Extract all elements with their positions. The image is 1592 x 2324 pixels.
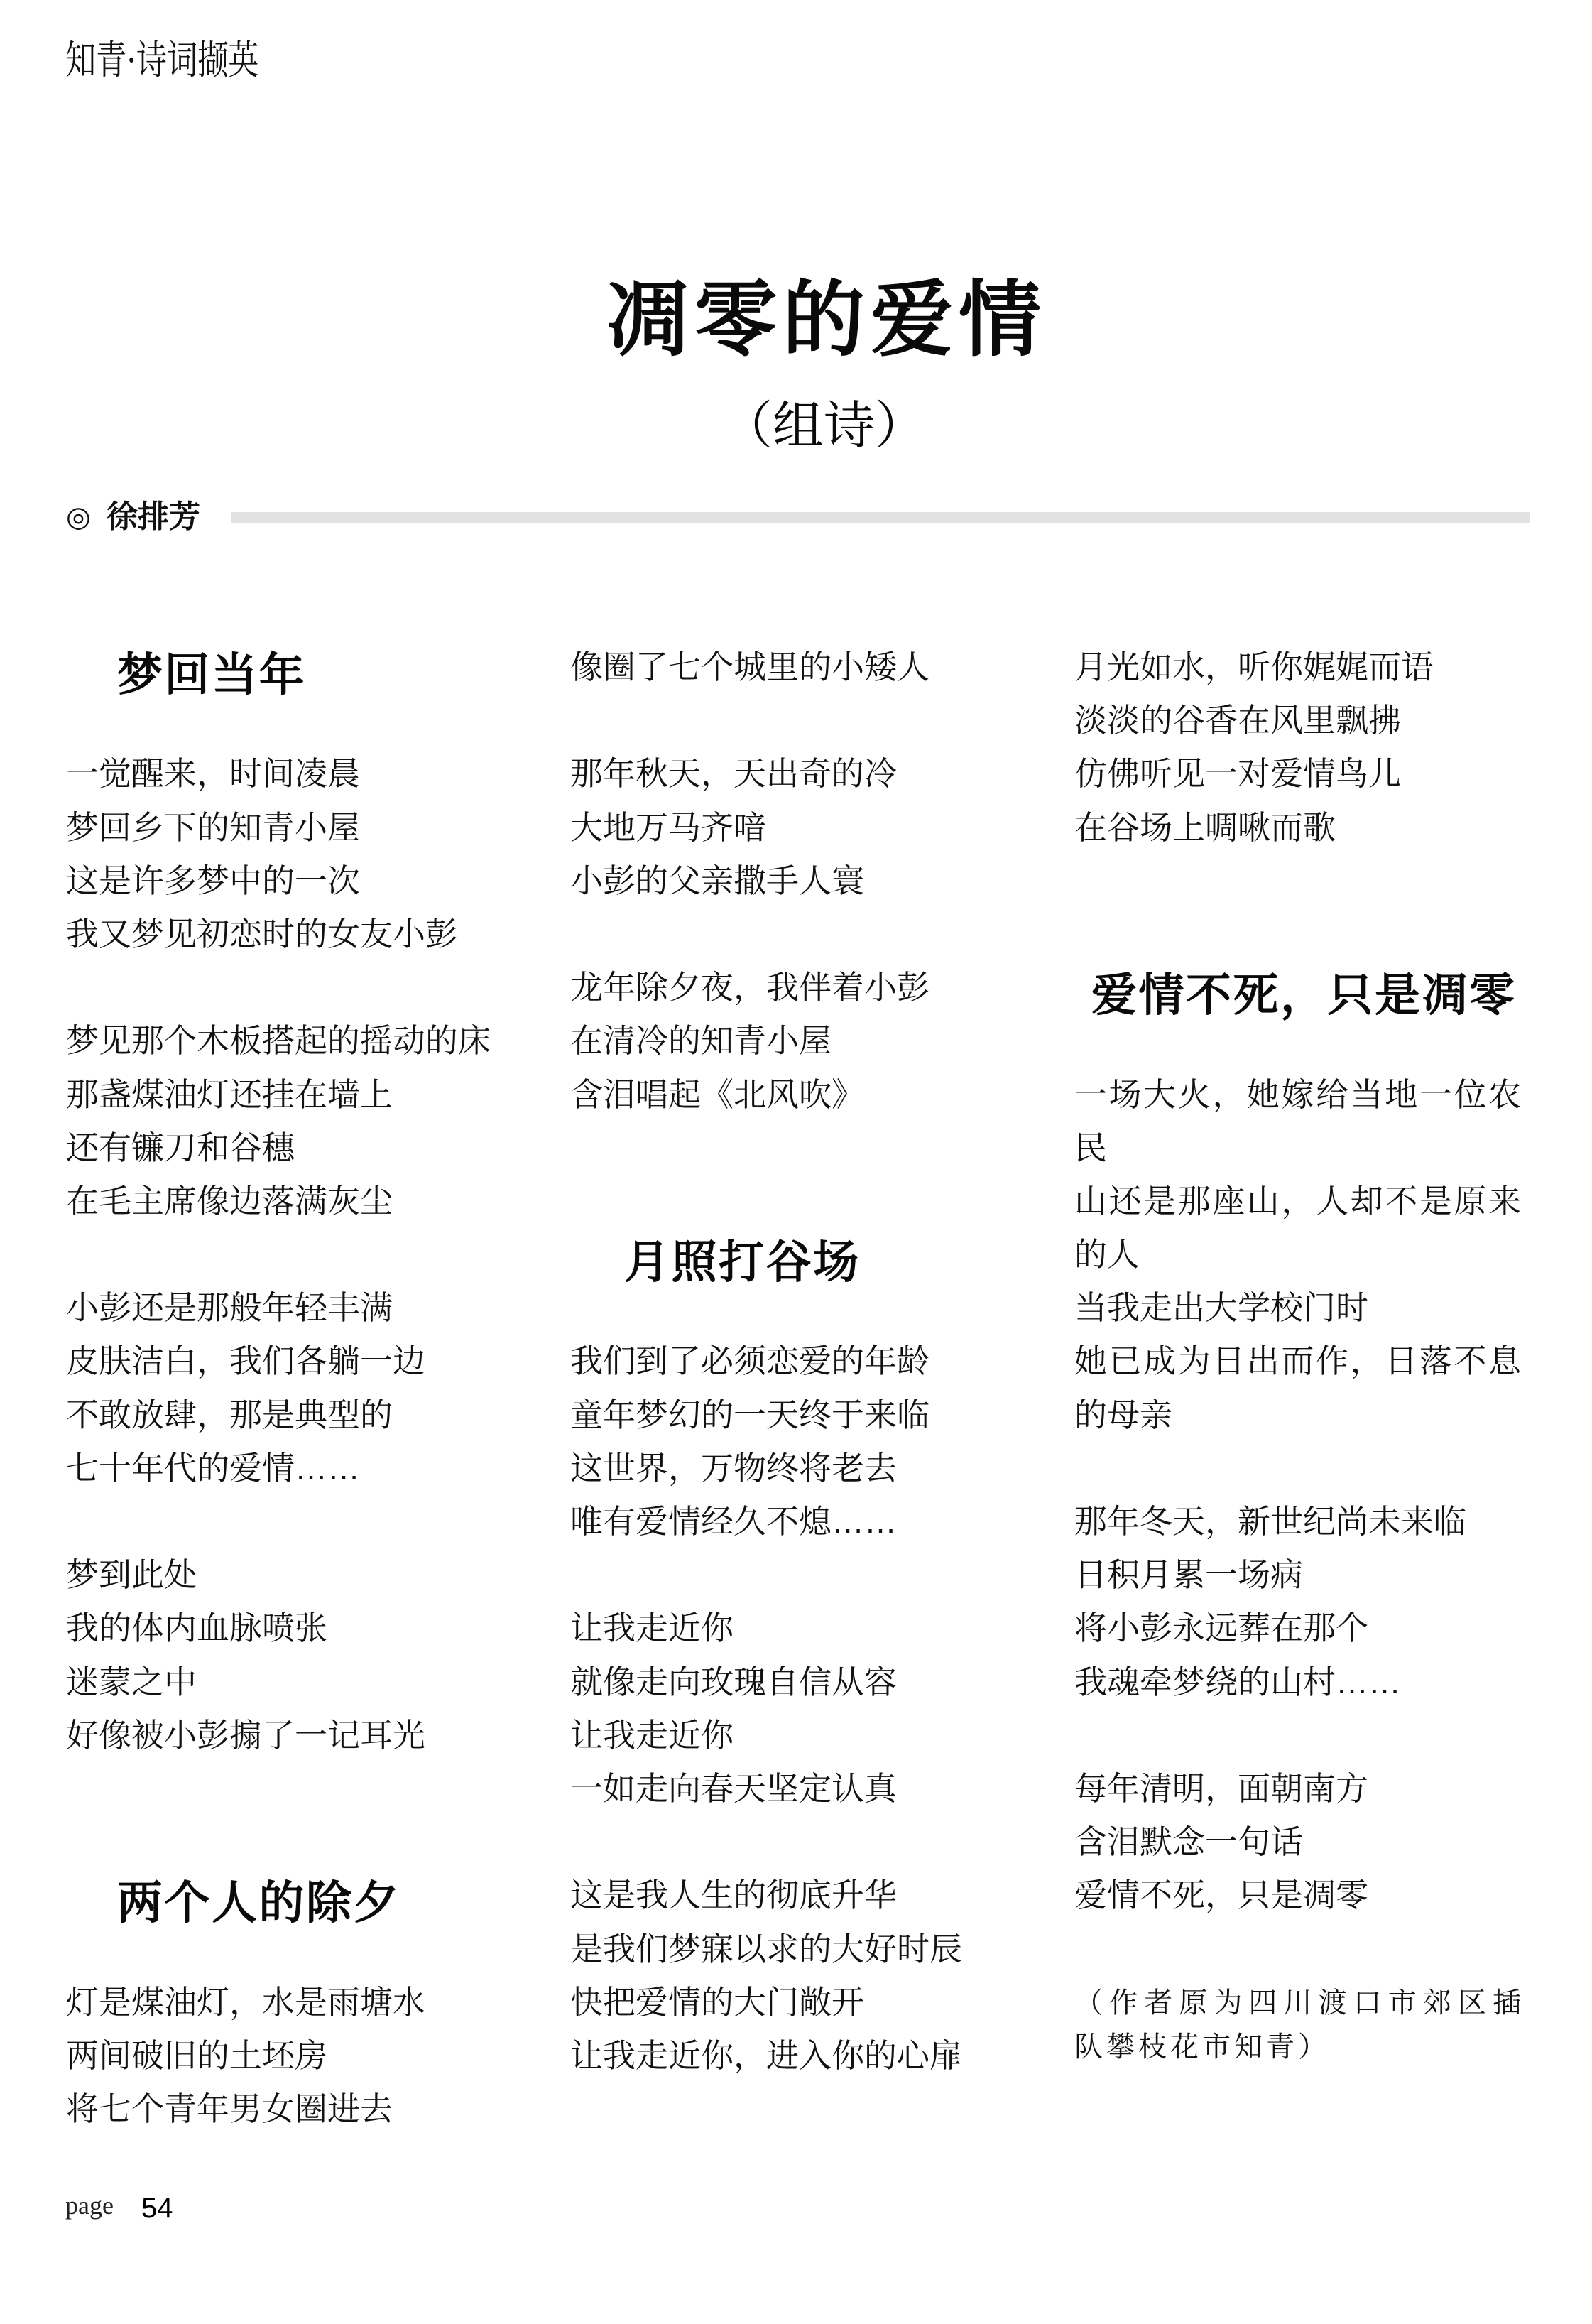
double-circle-icon: ◎: [66, 496, 107, 538]
stanza: 像圈了七个城里的小矮人: [570, 641, 1017, 694]
text-column-1: 梦回当年 一觉醒来，时间凌晨 梦回乡下的知青小屋 这是许多梦中的一次 我又梦见初…: [66, 641, 513, 2136]
poem-line: 我又梦见初恋时的女友小彭: [66, 908, 513, 961]
poem-line: 小彭还是那般年轻丰满: [66, 1281, 513, 1335]
poem-line: 日积月累一场病: [1074, 1548, 1521, 1602]
poem-line: 每年清明，面朝南方: [1074, 1762, 1521, 1815]
poem-line: 的人: [1074, 1228, 1521, 1281]
poem-line: 我魂牵梦绕的山村……: [1074, 1656, 1521, 1709]
poem-line: 两间破旧的土坯房: [66, 2029, 513, 2083]
section-header: 知青·诗词撷英: [65, 36, 258, 86]
author-note: （作者原为四川渡口市郊区插 队攀枝花市知青）: [1074, 1976, 1521, 2069]
poem-line: 小彭的父亲撒手人寰: [570, 854, 1017, 908]
poem-line: 在谷场上啁啾而歌: [1074, 801, 1521, 854]
poem-line: 将小彭永远葬在那个: [1074, 1602, 1521, 1655]
poem-line: 这是我人生的彻底升华: [570, 1869, 1017, 1922]
poem-line: 那年冬天，新世纪尚未来临: [1074, 1495, 1521, 1548]
poem-line: 她已成为日出而作，日落不息: [1074, 1335, 1521, 1388]
poem-line: 童年梦幻的一天终于来临: [570, 1389, 1017, 1442]
poem-line: 唯有爱情经久不熄……: [570, 1495, 1017, 1548]
poem-line: 让我走近你: [570, 1602, 1017, 1655]
stanza: 每年清明，面朝南方 含泪默念一句话 爱情不死，只是凋零: [1074, 1762, 1521, 1923]
poem-line: 月光如水，听你娓娓而语: [1074, 641, 1521, 694]
stanza: 小彭还是那般年轻丰满 皮肤洁白，我们各躺一边 不敢放肆，那是典型的 七十年代的爱…: [66, 1281, 513, 1495]
poem-line: 爱情不死，只是凋零: [1074, 1869, 1521, 1922]
page-number: 54: [141, 2194, 173, 2222]
poem-line: 梦见那个木板搭起的摇动的床: [66, 1014, 513, 1068]
poem-title: 月照打谷场: [570, 1236, 1017, 1289]
poem-line: 不敢放肆，那是典型的: [66, 1389, 513, 1442]
author-rule-divider: [231, 512, 1530, 523]
stanza: 梦到此处 我的体内血脉喷张 迷蒙之中 好像被小彭搧了一记耳光: [66, 1548, 513, 1762]
poem-line: 梦回乡下的知青小屋: [66, 801, 513, 854]
poem-line: 皮肤洁白，我们各躺一边: [66, 1335, 513, 1388]
author-line: ◎ 徐排芳: [66, 496, 200, 538]
poem-title: 两个人的除夕: [66, 1877, 513, 1930]
poem-line: 在清冷的知青小屋: [570, 1014, 1017, 1068]
stanza: 让我走近你 就像走向玫瑰自信从容 让我走近你 一如走向春天坚定认真: [570, 1602, 1017, 1815]
poem-line: 让我走近你，进入你的心扉: [570, 2029, 1017, 2083]
poem-line: 快把爱情的大门敞开: [570, 1976, 1017, 2029]
stanza: 那年秋天，天出奇的冷 大地万马齐喑 小彭的父亲撒手人寰: [570, 747, 1017, 908]
stanza: 我们到了必须恋爱的年龄 童年梦幻的一天终于来临 这世界，万物终将老去 唯有爱情经…: [570, 1335, 1017, 1548]
poem-line: 一觉醒来，时间凌晨: [66, 747, 513, 800]
poem-line: 好像被小彭搧了一记耳光: [66, 1709, 513, 1762]
stanza: 这是我人生的彻底升华 是我们梦寐以求的大好时辰 快把爱情的大门敞开 让我走近你，…: [570, 1869, 1017, 2083]
page-title: 凋零的爱情: [398, 273, 1250, 366]
text-column-3: 月光如水，听你娓娓而语 淡淡的谷香在风里飘拂 仿佛听见一对爱情鸟儿 在谷场上啁啾…: [1074, 641, 1521, 2069]
poem-line: 那盏煤油灯还挂在墙上: [66, 1068, 513, 1122]
poem-line: 这世界，万物终将老去: [570, 1442, 1017, 1495]
poem-line: 像圈了七个城里的小矮人: [570, 641, 1017, 694]
poem-line: 淡淡的谷香在风里飘拂: [1074, 694, 1521, 747]
poem-line: 在毛主席像边落满灰尘: [66, 1175, 513, 1228]
poem-line: 还有镰刀和谷穗: [66, 1122, 513, 1175]
poem-line: 大地万马齐喑: [570, 801, 1017, 854]
author-name: 徐排芳: [107, 496, 200, 538]
poem-line: 我的体内血脉喷张: [66, 1602, 513, 1655]
stanza: 梦见那个木板搭起的摇动的床 那盏煤油灯还挂在墙上 还有镰刀和谷穗 在毛主席像边落…: [66, 1014, 513, 1228]
poem-line: 含泪默念一句话: [1074, 1815, 1521, 1869]
stanza: 一觉醒来，时间凌晨 梦回乡下的知青小屋 这是许多梦中的一次 我又梦见初恋时的女友…: [66, 747, 513, 961]
author-note-line: 队攀枝花市知青）: [1074, 2025, 1521, 2069]
stanza: 龙年除夕夜，我伴着小彭 在清冷的知青小屋 含泪唱起《北风吹》: [570, 961, 1017, 1122]
poem-line: 仿佛听见一对爱情鸟儿: [1074, 747, 1521, 800]
poem-line: 就像走向玫瑰自信从容: [570, 1656, 1017, 1709]
poem-line: 民: [1074, 1122, 1521, 1175]
stanza: 灯是煤油灯，水是雨塘水 两间破旧的土坯房 将七个青年男女圈进去: [66, 1976, 513, 2136]
text-column-2: 像圈了七个城里的小矮人 那年秋天，天出奇的冷 大地万马齐喑 小彭的父亲撒手人寰 …: [570, 641, 1017, 2083]
poem-line: 含泪唱起《北风吹》: [570, 1068, 1017, 1122]
author-note-line: （作者原为四川渡口市郊区插: [1074, 1981, 1521, 2025]
poem-line: 我们到了必须恋爱的年龄: [570, 1335, 1017, 1388]
poem-line: 灯是煤油灯，水是雨塘水: [66, 1976, 513, 2029]
poem-line: 是我们梦寐以求的大好时辰: [570, 1923, 1017, 1976]
poem-line: 那年秋天，天出奇的冷: [570, 747, 1017, 800]
poem-line: 这是许多梦中的一次: [66, 854, 513, 908]
stanza: 月光如水，听你娓娓而语 淡淡的谷香在风里飘拂 仿佛听见一对爱情鸟儿 在谷场上啁啾…: [1074, 641, 1521, 854]
poem-line: 山还是那座山，人却不是原来: [1074, 1175, 1521, 1228]
poem-line: 七十年代的爱情……: [66, 1442, 513, 1495]
stanza: 一场大火，她嫁给当地一位农 民 山还是那座山，人却不是原来 的人 当我走出大学校…: [1074, 1068, 1521, 1442]
poem-line: 当我走出大学校门时: [1074, 1281, 1521, 1335]
poem-line: 一场大火，她嫁给当地一位农: [1074, 1068, 1521, 1122]
poem-line: 迷蒙之中: [66, 1656, 513, 1709]
poem-line: 一如走向春天坚定认真: [570, 1762, 1017, 1815]
poem-line: 的母亲: [1074, 1389, 1521, 1442]
page-label: page: [65, 2193, 114, 2218]
poem-title: 梦回当年: [66, 648, 513, 702]
poem-line: 梦到此处: [66, 1548, 513, 1602]
poem-title: 爱情不死，只是凋零: [1074, 969, 1521, 1022]
stanza: 那年冬天，新世纪尚未来临 日积月累一场病 将小彭永远葬在那个 我魂牵梦绕的山村……: [1074, 1495, 1521, 1709]
poem-line: 龙年除夕夜，我伴着小彭: [570, 961, 1017, 1014]
poem-line: 让我走近你: [570, 1709, 1017, 1762]
page-subtitle: （组诗）: [398, 394, 1250, 458]
poem-line: 将七个青年男女圈进去: [66, 2083, 513, 2136]
